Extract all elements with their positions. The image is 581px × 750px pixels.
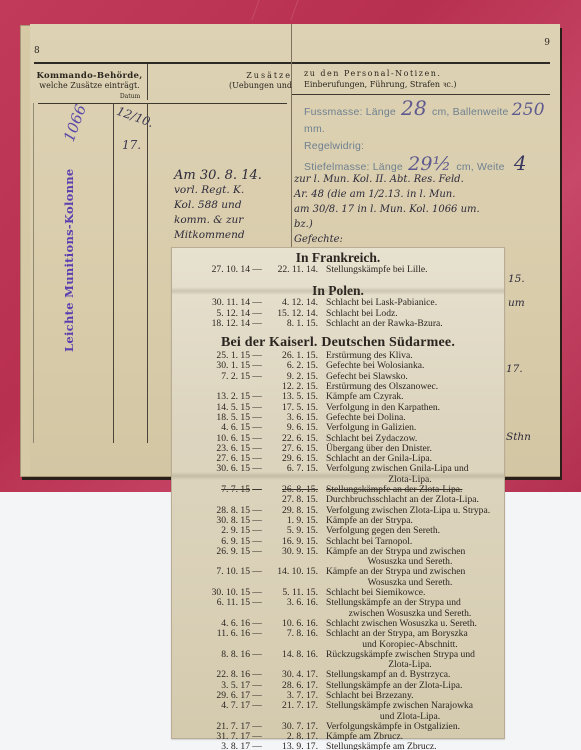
date-dash: — — [250, 372, 264, 382]
col2-subtitle: (Uebungen und — [155, 81, 292, 91]
note-right-line: Gefechte: — [294, 232, 480, 247]
section-title-suedarmee: Bei der Kaiserl. Deutschen Südarmee. — [172, 335, 504, 351]
entry-from-date: 7. 7. 15 — [172, 485, 250, 495]
page-number-left: 8 — [34, 46, 40, 56]
entry-to-date: 14. 10. 15. — [264, 567, 326, 588]
right-header-title: zu den Personal-Notizen. — [304, 69, 441, 79]
campaign-entry: 7. 10. 15—14. 10. 15.Kämpfe an der Stryp… — [172, 567, 504, 588]
section-title-france: In Frankreich. — [172, 250, 504, 265]
entry-event: Stellungskämpfe an der Strypa undzwische… — [326, 598, 504, 619]
date-dash: — — [250, 629, 264, 650]
ball-width-unit: mm. — [304, 123, 325, 135]
margin-fragment: Sthn — [506, 430, 531, 445]
note-right-line: am 30/8. 17 in l. Mun. Kol. 1066 um. — [294, 202, 480, 217]
date-dash: — — [250, 265, 264, 275]
date-dash: — — [250, 319, 264, 329]
entry-event: Kämpfe an der Strypa und zwischenWosuszk… — [326, 567, 504, 588]
entry-from-date: 18. 12. 14 — [172, 319, 250, 329]
campaign-slip: In Frankreich. 27. 10. 14—22. 11. 14.Ste… — [171, 247, 505, 739]
slip-fold — [172, 472, 504, 480]
note-left-line: vorl. Regt. K. — [174, 183, 262, 198]
boot-width-value: 4 — [514, 151, 527, 175]
content-column-line — [147, 103, 148, 443]
note-left-line: Kol. 588 und — [174, 198, 262, 213]
section-france-rows: 27. 10. 14—22. 11. 14.Stellungskämpfe be… — [172, 265, 504, 275]
entry-from-date: 11. 6. 16 — [172, 629, 250, 650]
margin-fragment: um — [508, 296, 525, 311]
right-header-rule-top — [292, 62, 550, 64]
campaign-entry: 6. 11. 15—3. 6. 16.Stellungskämpfe an de… — [172, 598, 504, 619]
col1-subtitle: welche Zusätze einträgt. — [32, 81, 147, 91]
handwritten-note-right: zur l. Mun. Kol. II. Abt. Res. Feld. Ar.… — [294, 172, 480, 247]
campaign-entry: 4. 7. 17—21. 7. 17.Stellungskämpfe zwisc… — [172, 701, 504, 722]
date-dash: — — [250, 485, 264, 495]
entry-to-date: 21. 7. 17. — [264, 701, 326, 722]
note-right-line: bz.) — [294, 217, 480, 232]
entry-event-text: Stellungskämpfe am Zbrucz. — [326, 741, 437, 750]
margin-line — [33, 103, 34, 443]
campaign-entry: 26. 9. 15—30. 9. 15.Kämpfe an der Strypa… — [172, 547, 504, 568]
entry-event: Schlacht an der Strypa, am Boryszkaund K… — [326, 629, 504, 650]
date-dash: — — [250, 701, 264, 722]
cover-crease — [251, 0, 298, 20]
entry-event: Stellungskämpfe bei Lille. — [326, 265, 504, 275]
entry-from-date: 7. 10. 15 — [172, 567, 250, 588]
entry-to-date: 13. 9. 17. — [264, 742, 326, 750]
entry-event-text: Stellungskämpfe zwischen Narajowka — [326, 700, 473, 711]
date-dash: — — [250, 598, 264, 619]
entry-to-date: 8. 1. 15. — [264, 319, 326, 329]
entry-event-text: Stellungskämpfe bei Lille. — [326, 264, 428, 275]
entry-from-date: 3. 8. 17 — [172, 742, 250, 750]
section-poland-rows: 30. 11. 14—4. 12. 14.Schlacht bei Lask-P… — [172, 298, 504, 329]
date-label: Datum — [112, 92, 148, 102]
entry-to-date: 22. 11. 14. — [264, 265, 326, 275]
date-dash: — — [250, 650, 264, 671]
header-rule-top — [34, 62, 291, 64]
handwritten-note-left: Am 30. 8. 14. vorl. Regt. K. Kol. 588 un… — [174, 168, 262, 243]
date-dash: — — [250, 526, 264, 536]
foot-length-value: 28 — [401, 96, 427, 120]
entry-from-date: 7. 2. 15 — [172, 372, 250, 382]
entry-event: Schlacht an der Rawka-Bzura. — [326, 319, 504, 329]
note-right-line: zur l. Mun. Kol. II. Abt. Res. Feld. — [294, 172, 480, 187]
entry-event: Rückzugskämpfe zwischen Strypa undZlota-… — [326, 650, 504, 671]
date-dash: — — [250, 742, 264, 750]
campaign-entry: 11. 6. 16—7. 8. 16.Schlacht an der Stryp… — [172, 629, 504, 650]
foot-length-label: Fussmasse: Länge — [304, 106, 396, 118]
campaign-entry: 8. 8. 16—14. 8. 16.Rückzugskämpfe zwisch… — [172, 650, 504, 671]
foot-measure-stamp: Fussmasse: Länge 28 cm, Ballenweite 250 … — [304, 100, 560, 176]
note-left-line: Am 30. 8. 14. — [174, 168, 262, 183]
slip-fold — [172, 287, 504, 295]
entry-from-date: 27. 10. 14 — [172, 265, 250, 275]
campaign-entry: 27. 10. 14—22. 11. 14.Stellungskämpfe be… — [172, 265, 504, 275]
handwritten-date-line1: 12/10. — [115, 104, 156, 130]
entry-event: Stellungskämpfe am Zbrucz. — [326, 742, 504, 750]
right-header-rule-bottom — [292, 94, 550, 95]
entry-event-text: Kämpfe an der Strypa und zwischen — [326, 566, 465, 577]
unit-stamp: Leichte Munitions-Kolonne — [62, 168, 76, 352]
date-dash: — — [250, 567, 264, 588]
entry-to-date: 5. 9. 15. — [264, 526, 326, 536]
entry-event: Stellungskämpfe zwischen Narajowkaund Zl… — [326, 701, 504, 722]
entry-event-text: Stellungskämpfe an der Strypa und — [326, 597, 461, 608]
entry-from-date: 2. 9. 15 — [172, 526, 250, 536]
entry-from-date: 6. 11. 15 — [172, 598, 250, 619]
entry-from-date: 26. 9. 15 — [172, 547, 250, 568]
entry-to-date: 30. 9. 15. — [264, 547, 326, 568]
col2-title: Zusätze — [155, 71, 292, 81]
campaign-entry: 3. 8. 17—13. 9. 17.Stellungskämpfe am Zb… — [172, 742, 504, 750]
entry-from-date: 4. 7. 17 — [172, 701, 250, 722]
page-number-right: 9 — [544, 38, 550, 48]
entry-to-date: 3. 6. 16. — [264, 598, 326, 619]
note-left-line: komm. & zur — [174, 213, 262, 228]
entry-event-text: Schlacht an der Strypa, am Boryszka — [326, 628, 468, 639]
ball-width-label: cm, Ballenweite — [432, 106, 509, 118]
right-header-subtitle: Einberufungen, Führung, Strafen ꝛc.) — [304, 80, 457, 90]
entry-to-date: 7. 8. 16. — [264, 629, 326, 650]
note-right-line: Ar. 48 (die am 1/2.13. in l. Mun. — [294, 187, 480, 202]
entry-event-text: Schlacht an der Rawka-Bzura. — [326, 318, 443, 329]
section-suedarmee-rows: 25. 1. 15—26. 1. 15.Erstürmung des Kliva… — [172, 351, 504, 750]
date-column-line — [113, 103, 114, 443]
entry-event: Kämpfe an der Strypa und zwischenWosuszk… — [326, 547, 504, 568]
entry-to-date: 14. 8. 16. — [264, 650, 326, 671]
note-left-line: Mitkommend — [174, 228, 262, 243]
foot-length-line: Fussmasse: Länge 28 cm, Ballenweite 250 … — [304, 100, 560, 138]
margin-fragment: 17. — [506, 362, 523, 377]
entry-from-date: 8. 8. 16 — [172, 650, 250, 671]
date-dash: — — [250, 547, 264, 568]
handwritten-date-line2: 17. — [122, 138, 141, 152]
margin-fragment: 15. — [508, 272, 525, 287]
ball-width-value: 250 — [512, 100, 545, 120]
campaign-entry: 18. 12. 14—8. 1. 15.Schlacht an der Rawk… — [172, 319, 504, 329]
col1-title: Kommando-Behörde, — [32, 71, 147, 81]
